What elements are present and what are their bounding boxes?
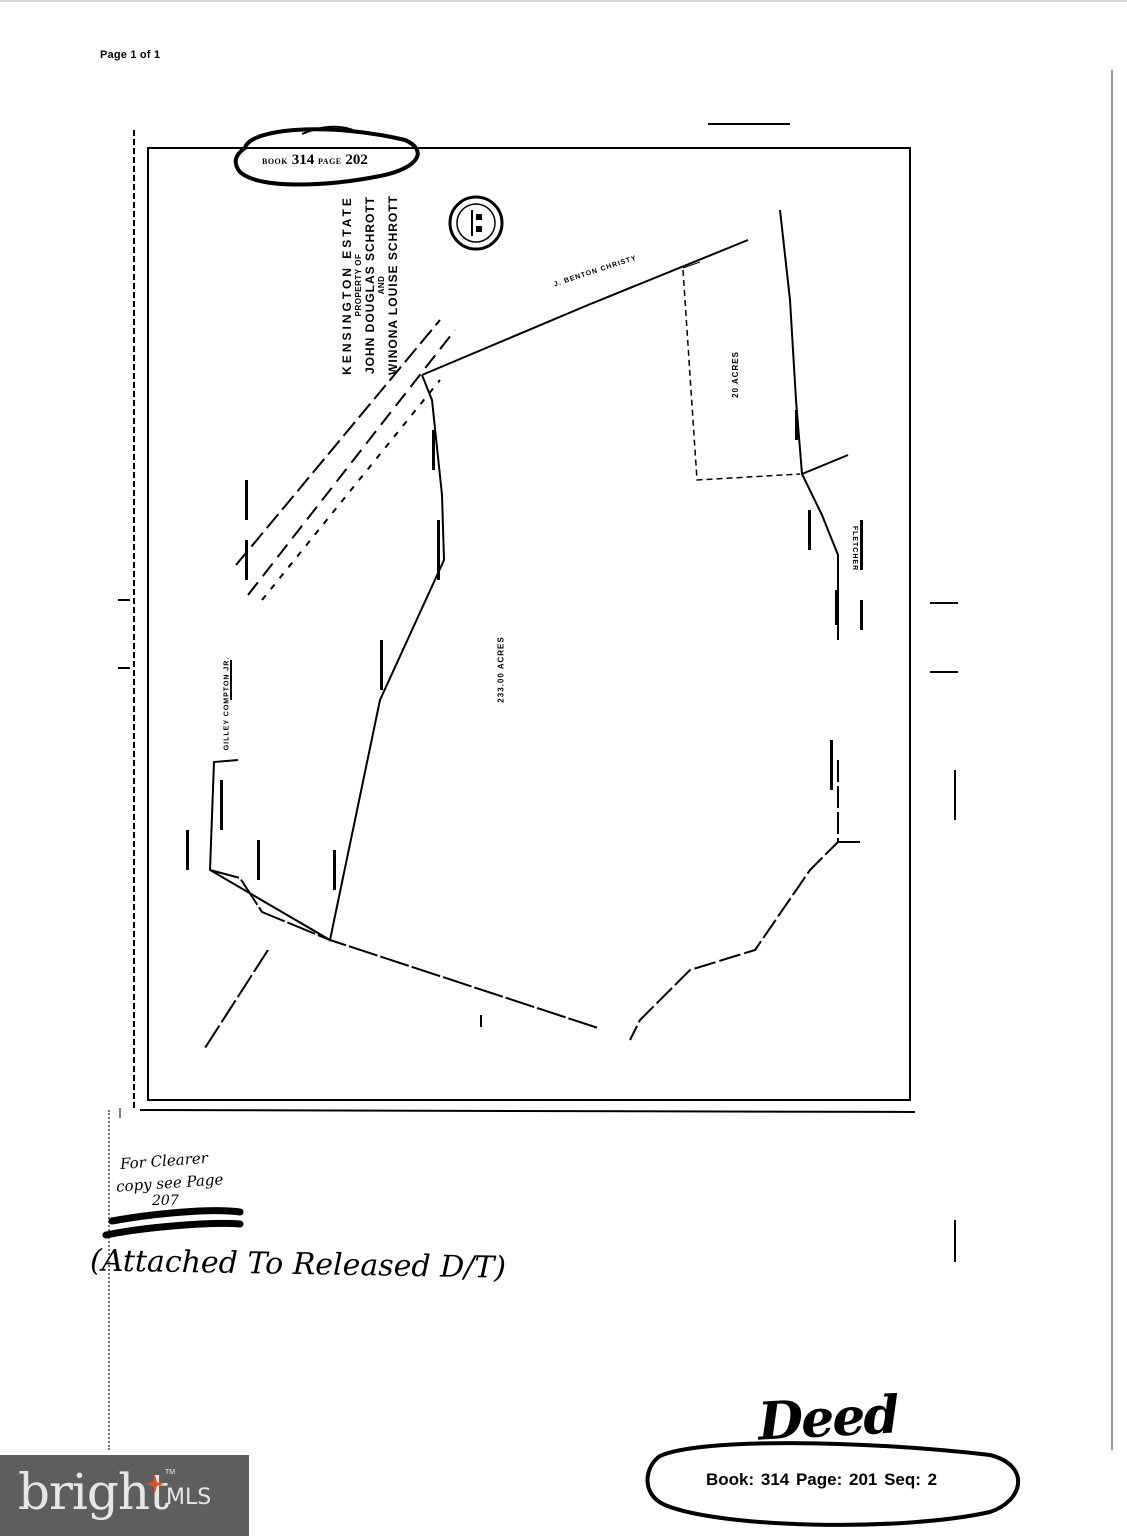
page-abbr: PAGE xyxy=(318,157,342,166)
owner-2: WINONA LOUISE SCHROTT xyxy=(386,165,400,405)
main-parcel-boundary xyxy=(210,375,444,940)
logo-suffix: MLS xyxy=(166,1485,211,1510)
footer-book-reference: Book: 314 Page: 201 Seq: 2 xyxy=(706,1470,937,1490)
logo-trademark: TM xyxy=(165,1469,175,1476)
owner-and: AND xyxy=(377,165,386,405)
handwritten-deed-label: Deed xyxy=(756,1384,899,1452)
spark-icon xyxy=(146,1475,164,1493)
plat-drawing xyxy=(0,0,1127,1536)
bright-mls-logo: bright TM MLS xyxy=(0,1455,249,1536)
sub-parcel-acreage: 20 ACRES xyxy=(731,351,740,398)
plat-frame xyxy=(118,124,958,1262)
neighbor-label-compton: GILLEY COMPTON JR. xyxy=(223,657,230,751)
handwritten-note-line3: 207 xyxy=(152,1193,179,1209)
estate-name: KENSINGTON ESTATE xyxy=(340,165,354,405)
sub-parcel-boundary xyxy=(683,270,800,480)
county-seal-icon xyxy=(450,197,502,249)
handwritten-attached-note: (Attached To Released D/T) xyxy=(90,1243,507,1285)
book-abbr: BOOK xyxy=(262,157,288,166)
main-parcel-acreage: 233.00 ACRES xyxy=(497,636,506,702)
neighbor-label-fletcher: FLETCHER xyxy=(851,526,858,571)
book-number: 314 xyxy=(292,152,315,168)
owner-1: JOHN DOUGLAS SCHROTT xyxy=(363,165,377,405)
plat-title-block: KENSINGTON ESTATE PROPERTY OF JOHN DOUGL… xyxy=(340,165,400,405)
property-of: PROPERTY OF xyxy=(354,165,363,405)
